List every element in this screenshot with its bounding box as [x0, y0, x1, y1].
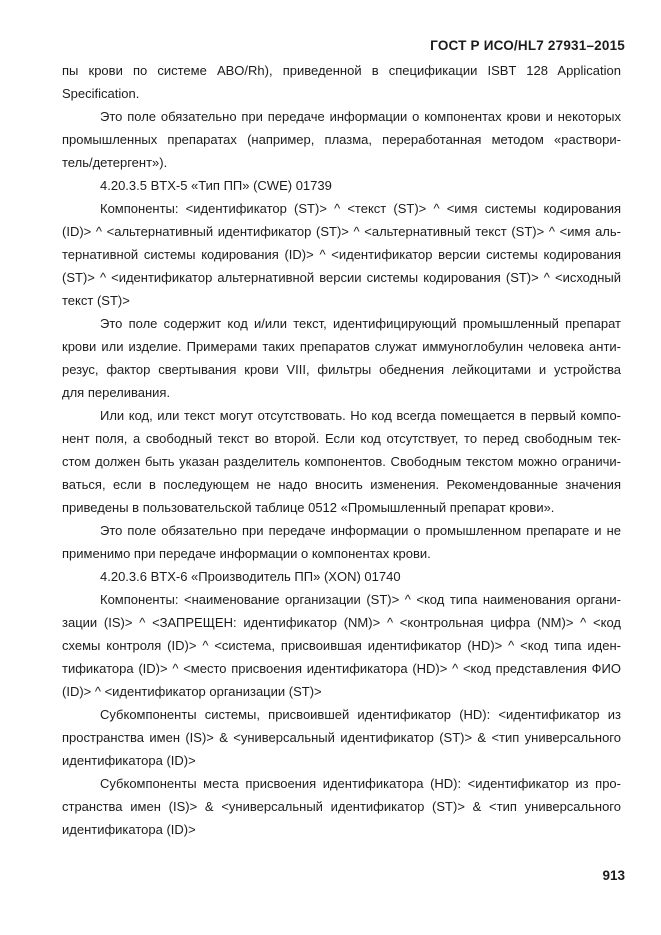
text-line: пространства имен (IS)> & <универсальный…: [62, 726, 621, 749]
text-line: Субкомпоненты системы, присвоившей идент…: [62, 703, 621, 726]
running-header: ГОСТ Р ИСО/HL7 27931–2015: [62, 38, 625, 53]
paragraph: Это поле обязательно при передаче информ…: [62, 105, 621, 174]
text-line: стом должен быть указан разделитель комп…: [62, 450, 621, 473]
document-page: ГОСТ Р ИСО/HL7 27931–2015 пы крови по си…: [0, 0, 661, 935]
text-line: 4.20.3.6 BTX-6 «Производитель ПП» (XON) …: [62, 565, 621, 588]
text-line: приведены в пользовательской таблице 051…: [62, 496, 621, 519]
text-line: Субкомпоненты места присвоения идентифик…: [62, 772, 621, 795]
standard-number: ГОСТ Р ИСО/HL7 27931–2015: [430, 38, 625, 53]
text-line: тель/детергент»).: [62, 151, 621, 174]
text-line: Это поле содержит код и/или текст, идент…: [62, 312, 621, 335]
text-line: текст (ST)>: [62, 289, 621, 312]
paragraph: Это поле обязательно при передаче информ…: [62, 519, 621, 565]
page-number: 913: [602, 868, 625, 883]
text-line: резус, фактор свертывания крови VIII, фи…: [62, 358, 621, 381]
text-line: Компоненты: <идентификатор (ST)> ^ <текс…: [62, 197, 621, 220]
text-line: тификатора (ID)> ^ <место присвоения иде…: [62, 657, 621, 680]
paragraph: 4.20.3.5 BTX-5 «Тип ПП» (CWE) 01739: [62, 174, 621, 197]
text-line: применимо при передаче информации о комп…: [62, 542, 621, 565]
text-line: Specification.: [62, 82, 621, 105]
paragraph: Или код, или текст могут отсутствовать. …: [62, 404, 621, 519]
text-line: (ST)> ^ <идентификатор альтернативной ве…: [62, 266, 621, 289]
text-line: пы крови по системе ABO/Rh), приведенной…: [62, 59, 621, 82]
paragraph: пы крови по системе ABO/Rh), приведенной…: [62, 59, 621, 105]
paragraph: Это поле содержит код и/или текст, идент…: [62, 312, 621, 404]
text-line: Это поле обязательно при передаче информ…: [62, 519, 621, 542]
text-line: Компоненты: <наименование организации (S…: [62, 588, 621, 611]
text-line: 4.20.3.5 BTX-5 «Тип ПП» (CWE) 01739: [62, 174, 621, 197]
paragraph: Субкомпоненты места присвоения идентифик…: [62, 772, 621, 841]
text-line: странства имен (IS)> & <универсальный ид…: [62, 795, 621, 818]
paragraph: Компоненты: <наименование организации (S…: [62, 588, 621, 703]
paragraph: Компоненты: <идентификатор (ST)> ^ <текс…: [62, 197, 621, 312]
text-line: тернативной системы кодирования (ID)> ^ …: [62, 243, 621, 266]
document-body: пы крови по системе ABO/Rh), приведенной…: [62, 59, 621, 841]
text-line: (ID)> ^ <идентификатор организации (ST)>: [62, 680, 621, 703]
paragraph: Субкомпоненты системы, присвоившей идент…: [62, 703, 621, 772]
text-line: Или код, или текст могут отсутствовать. …: [62, 404, 621, 427]
text-line: (ID)> ^ <альтернативный идентификатор (S…: [62, 220, 621, 243]
text-line: схемы контроля (ID)> ^ <система, присвои…: [62, 634, 621, 657]
text-line: для переливания.: [62, 381, 621, 404]
text-line: Это поле обязательно при передаче информ…: [62, 105, 621, 128]
text-line: ваться, если в последующем не надо вноси…: [62, 473, 621, 496]
text-line: нент поля, а свободный текст во второй. …: [62, 427, 621, 450]
text-line: крови или изделие. Примерами таких препа…: [62, 335, 621, 358]
text-line: идентификатора (ID)>: [62, 749, 621, 772]
page-footer: 913: [62, 868, 625, 883]
text-line: зации (IS)> ^ <ЗАПРЕЩЕН: идентификатор (…: [62, 611, 621, 634]
text-line: идентификатора (ID)>: [62, 818, 621, 841]
text-line: промышленных препаратах (например, плазм…: [62, 128, 621, 151]
paragraph: 4.20.3.6 BTX-6 «Производитель ПП» (XON) …: [62, 565, 621, 588]
